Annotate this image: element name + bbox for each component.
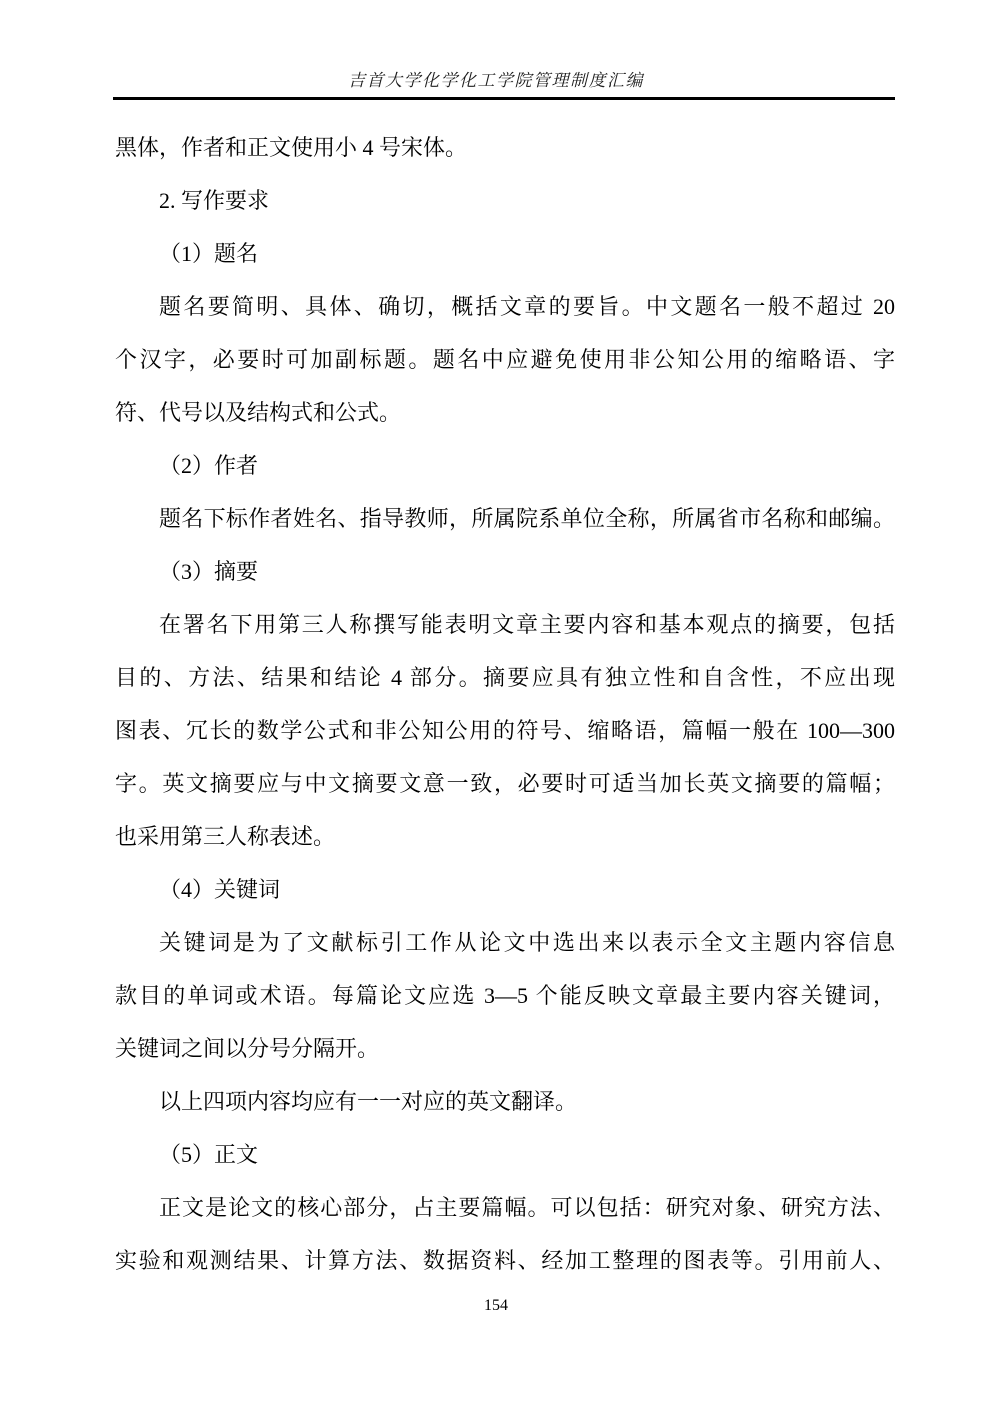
text-line: 图表、冗长的数学公式和非公知公用的符号、缩略语，篇幅一般在 100—300 [115, 704, 895, 757]
text-line: 题名下标作者姓名、指导教师，所属院系单位全称，所属省市名称和邮编。 [115, 492, 895, 545]
text-line: （4）关键词 [115, 863, 895, 916]
page-number: 154 [484, 1297, 508, 1314]
text-line: （1）题名 [115, 227, 895, 280]
text-line: 符、代号以及结构式和公式。 [115, 386, 895, 439]
text-line: 实验和观测结果、计算方法、数据资料、经加工整理的图表等。引用前人、 [115, 1234, 895, 1287]
text-line: 2. 写作要求 [115, 174, 895, 227]
document-page: 吉首大学化学化工学院管理制度汇编 黑体，作者和正文使用小 4 号宋体。2. 写作… [0, 0, 992, 1403]
text-line: （3）摘要 [115, 545, 895, 598]
text-line: 个汉字，必要时可加副标题。题名中应避免使用非公知公用的缩略语、字 [115, 333, 895, 386]
text-line: （5）正文 [115, 1128, 895, 1181]
text-line: 也采用第三人称表述。 [115, 810, 895, 863]
text-line: 黑体，作者和正文使用小 4 号宋体。 [115, 121, 895, 174]
text-line: 以上四项内容均应有一一对应的英文翻译。 [115, 1075, 895, 1128]
header-rule [113, 97, 895, 100]
text-line: 关键词是为了文献标引工作从论文中选出来以表示全文主题内容信息 [115, 916, 895, 969]
text-line: 在署名下用第三人称撰写能表明文章主要内容和基本观点的摘要，包括 [115, 598, 895, 651]
text-line: 关键词之间以分号分隔开。 [115, 1022, 895, 1075]
page-footer: 154 [0, 1297, 992, 1315]
text-line: （2）作者 [115, 439, 895, 492]
text-line: 目的、方法、结果和结论 4 部分。摘要应具有独立性和自含性，不应出现 [115, 651, 895, 704]
text-line: 正文是论文的核心部分，占主要篇幅。可以包括：研究对象、研究方法、 [115, 1181, 895, 1234]
text-line: 款目的单词或术语。每篇论文应选 3—5 个能反映文章最主要内容关键词， [115, 969, 895, 1022]
header-title: 吉首大学化学化工学院管理制度汇编 [0, 66, 992, 91]
text-line: 题名要简明、具体、确切，概括文章的要旨。中文题名一般不超过 20 [115, 280, 895, 333]
text-line: 字。英文摘要应与中文摘要文意一致，必要时可适当加长英文摘要的篇幅； [115, 757, 895, 810]
body-text: 黑体，作者和正文使用小 4 号宋体。2. 写作要求（1）题名题名要简明、具体、确… [115, 121, 895, 1287]
